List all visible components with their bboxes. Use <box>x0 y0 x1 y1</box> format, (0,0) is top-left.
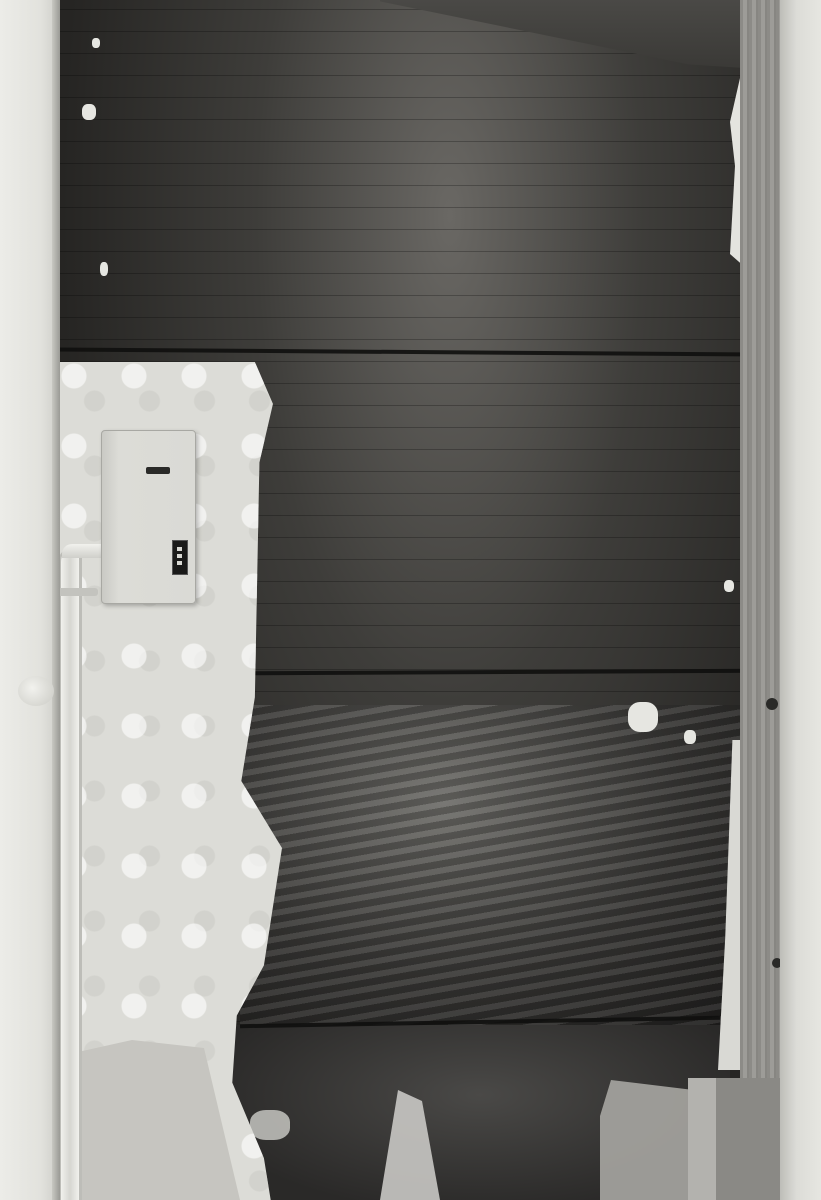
right-frame <box>780 0 821 1200</box>
paper-remnant <box>250 1110 290 1140</box>
box-meter-window <box>172 540 188 575</box>
photograph <box>0 0 821 1200</box>
conduit-clip <box>54 588 98 596</box>
electrical-conduit <box>58 548 82 1200</box>
left-frame-edge <box>52 0 60 1200</box>
lower-log <box>240 705 750 1025</box>
nail-head <box>766 698 778 710</box>
wooden-post <box>740 0 782 1085</box>
paint-fleck <box>92 38 100 48</box>
paint-fleck <box>100 262 108 276</box>
wooden-post-base <box>688 1078 782 1200</box>
electrical-box <box>101 430 196 604</box>
paint-fleck <box>82 104 96 120</box>
paint-fleck <box>684 730 696 744</box>
frame-knob <box>18 676 54 706</box>
conduit-bend <box>62 544 106 558</box>
box-label-plate <box>146 467 170 474</box>
paint-fleck <box>724 580 734 592</box>
paint-fleck <box>628 702 658 732</box>
left-door-frame <box>0 0 58 1200</box>
